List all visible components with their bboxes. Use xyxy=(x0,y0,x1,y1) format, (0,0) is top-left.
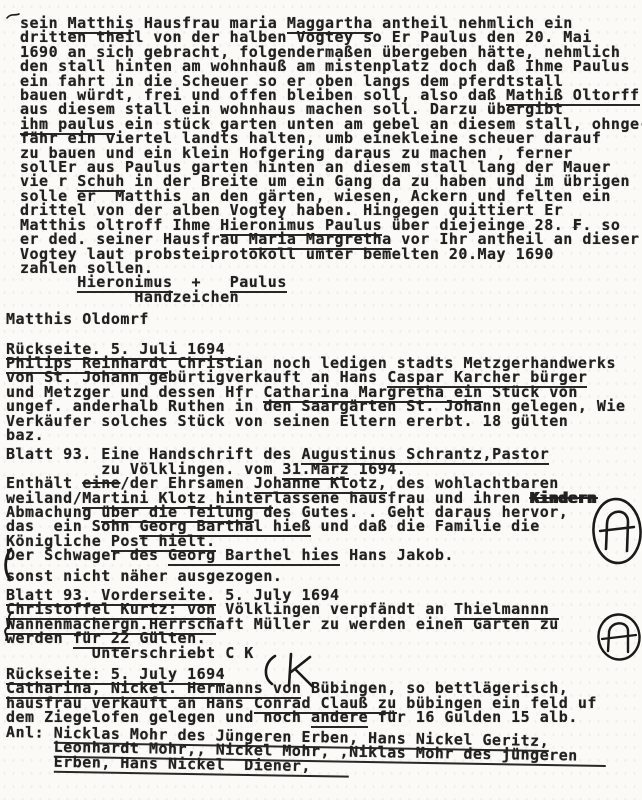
underlined-text: Georg Barthel hies xyxy=(168,546,340,566)
text-line: dem Ziegelofen gelegen und noch andere f… xyxy=(6,710,642,724)
text-segment: sonst nicht näher ausgezogen. xyxy=(6,567,282,585)
paragraph-entry-juli-1694: Rückseite. 5. Juli 1694 Philips Reinhard… xyxy=(6,342,642,443)
paragraph-signature-name: Matthis Oldomrf xyxy=(6,312,642,326)
underlined-text: andere xyxy=(311,708,368,728)
text-segment: Verkäufer solches Stück von seinen Elter… xyxy=(6,412,568,430)
paragraph-entry-1690: sein Matthis Hausfrau maria Maggartha an… xyxy=(20,16,642,304)
paragraph-entry-vorderseite: Blatt 93. Vorderseite. 5. July 1694Chris… xyxy=(6,588,642,660)
text-line: Unterschriebt C K xyxy=(6,646,642,660)
text-segment: für 16 Gulden 15 alb. xyxy=(368,708,578,726)
underlined-text: Erben, Hans Nickel Diener, xyxy=(53,752,349,777)
text-segment xyxy=(6,752,54,771)
text-segment: Matthis Oldomrf xyxy=(6,310,149,328)
text-line: sonst nicht näher ausgezogen. xyxy=(6,569,642,583)
text-segment: und daß die Familie die xyxy=(311,517,540,535)
text-line: Handzeichen xyxy=(20,290,642,304)
paragraph-note: sonst nicht näher ausgezogen. xyxy=(6,569,642,583)
text-segment: Handzeichen xyxy=(20,288,239,306)
text-segment: baz. xyxy=(6,426,44,444)
text-line: baz. xyxy=(6,428,642,442)
text-segment: Hans Jakob. xyxy=(340,546,454,564)
paragraph-entry-blatt93: Blatt 93. Eine Handschrift des Augustinu… xyxy=(6,447,642,562)
document-page: sein Matthis Hausfrau maria Maggartha an… xyxy=(0,0,642,768)
text-line: Der Schwager des Georg Barthel hies Hans… xyxy=(6,548,642,562)
text-line: Matthis Oldomrf xyxy=(6,312,642,326)
text-segment: Der Schwager des xyxy=(6,546,168,564)
paragraph-entry-rueckseite-july: Rückseite: 5. July 1694Catharina, Nickel… xyxy=(6,667,642,768)
text-line: Verkäufer solches Stück von seinen Elter… xyxy=(6,414,642,428)
text-segment: aft Müller zu werden einen Garten zu xyxy=(216,615,559,633)
text-segment: Unterschriebt C K xyxy=(6,644,254,662)
